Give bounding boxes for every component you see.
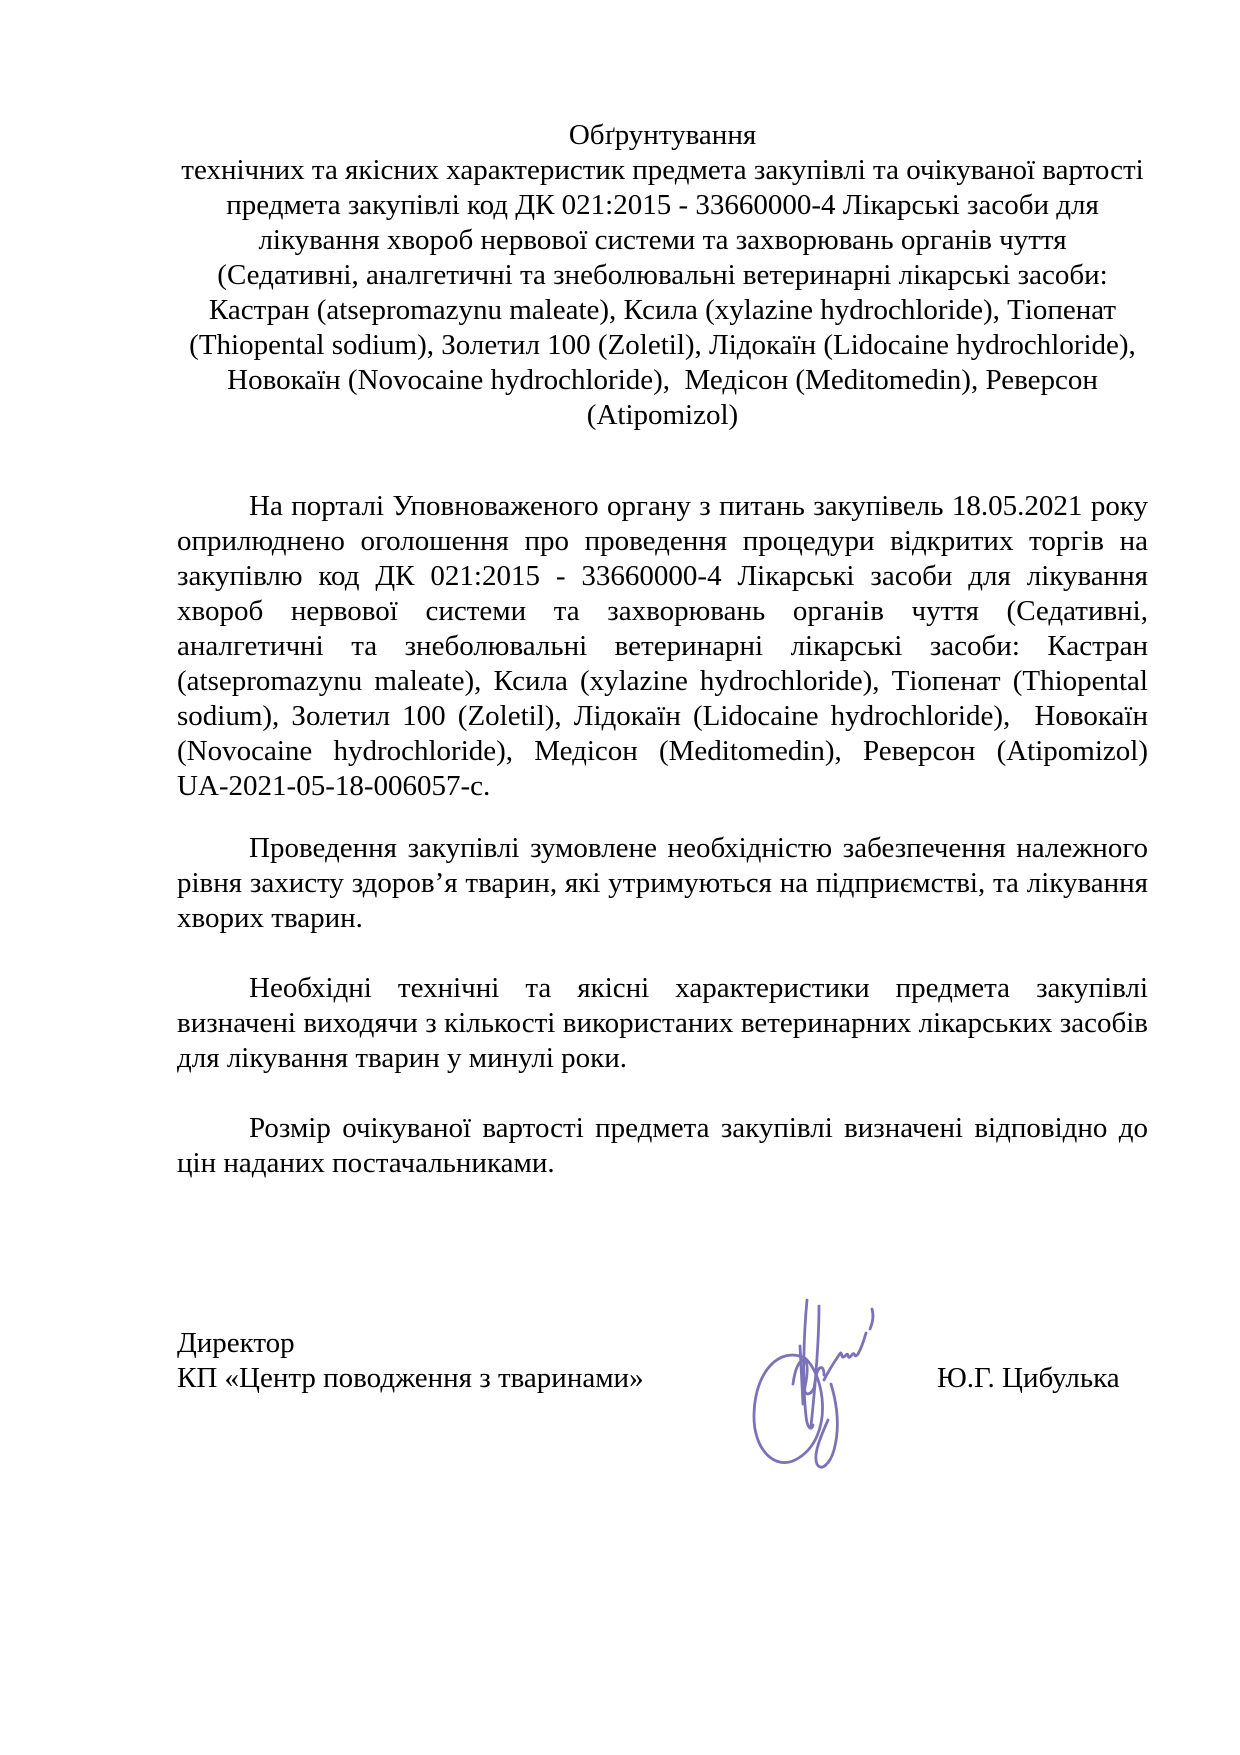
text-line: визначені виходячи з кількості використа… [177,1006,1148,1041]
text-line: технічних та якісних характеристик предм… [177,153,1148,188]
document-page: Обґрунтуваннятехнічних та якісних характ… [0,0,1240,1755]
text-line: sodium), Золетил 100 (Zoletil), Лідокаїн… [177,699,1148,734]
text-line: (Novocaine hydrochloride), Медісон (Medi… [177,734,1148,769]
text-line: Кастран (atsepromazynu maleate), Ксила (… [177,293,1148,328]
text-line: закупівлю код ДК 021:2015 - 33660000-4 Л… [177,559,1148,594]
text-line: рівня захисту здоров’я тварин, які утрим… [177,866,1148,901]
paragraph: Проведення закупівлі зумовлене необхідні… [177,831,1148,936]
paragraph: Необхідні технічні та якісні характерист… [177,971,1148,1076]
paragraph: На порталі Уповноваженого органу з питан… [177,489,1148,804]
signer-position: Директор [177,1326,295,1361]
text-line: (atsepromazynu maleate), Ксила (xylazine… [177,664,1148,699]
text-line: лікування хвороб нервової системи та зах… [177,223,1148,258]
text-line: Обґрунтування [177,118,1148,153]
signer-name: Ю.Г. Цибулька [937,1361,1120,1396]
signature-block: Директор КП «Центр поводження з тваринам… [177,1326,1148,1526]
text-line: (Седативні, аналгетичні та знеболювальні… [177,258,1148,293]
text-line: UA-2021-05-18-006057-c. [177,769,1148,804]
signer-organization: КП «Центр поводження з тваринами» [177,1361,644,1396]
text-line: Необхідні технічні та якісні характерист… [177,971,1148,1006]
document-body: На порталі Уповноваженого органу з питан… [177,489,1148,1216]
text-line: для лікування тварин у минулі роки. [177,1041,1148,1076]
handwritten-signature-icon [745,1288,895,1483]
text-line: (Atipomizol) [177,398,1148,433]
text-line: хвороб нервової системи та захворювань о… [177,594,1148,629]
text-line: хворих тварин. [177,901,1148,936]
document-title: Обґрунтуваннятехнічних та якісних характ… [177,118,1148,433]
text-line: Розмір очікуваної вартості предмета заку… [177,1111,1148,1146]
text-line: предмета закупівлі код ДК 021:2015 - 336… [177,188,1148,223]
text-line: аналгетичні та знеболювальні ветеринарні… [177,629,1148,664]
text-line: оприлюднено оголошення про проведення пр… [177,524,1148,559]
text-line: Новокаїн (Novocaine hydrochloride), Меді… [177,363,1148,398]
text-line: Проведення закупівлі зумовлене необхідні… [177,831,1148,866]
text-line: цін наданих постачальниками. [177,1146,1148,1181]
text-line: На порталі Уповноваженого органу з питан… [177,489,1148,524]
paragraph: Розмір очікуваної вартості предмета заку… [177,1111,1148,1181]
text-line: (Thiopental sodium), Золетил 100 (Zoleti… [177,328,1148,363]
